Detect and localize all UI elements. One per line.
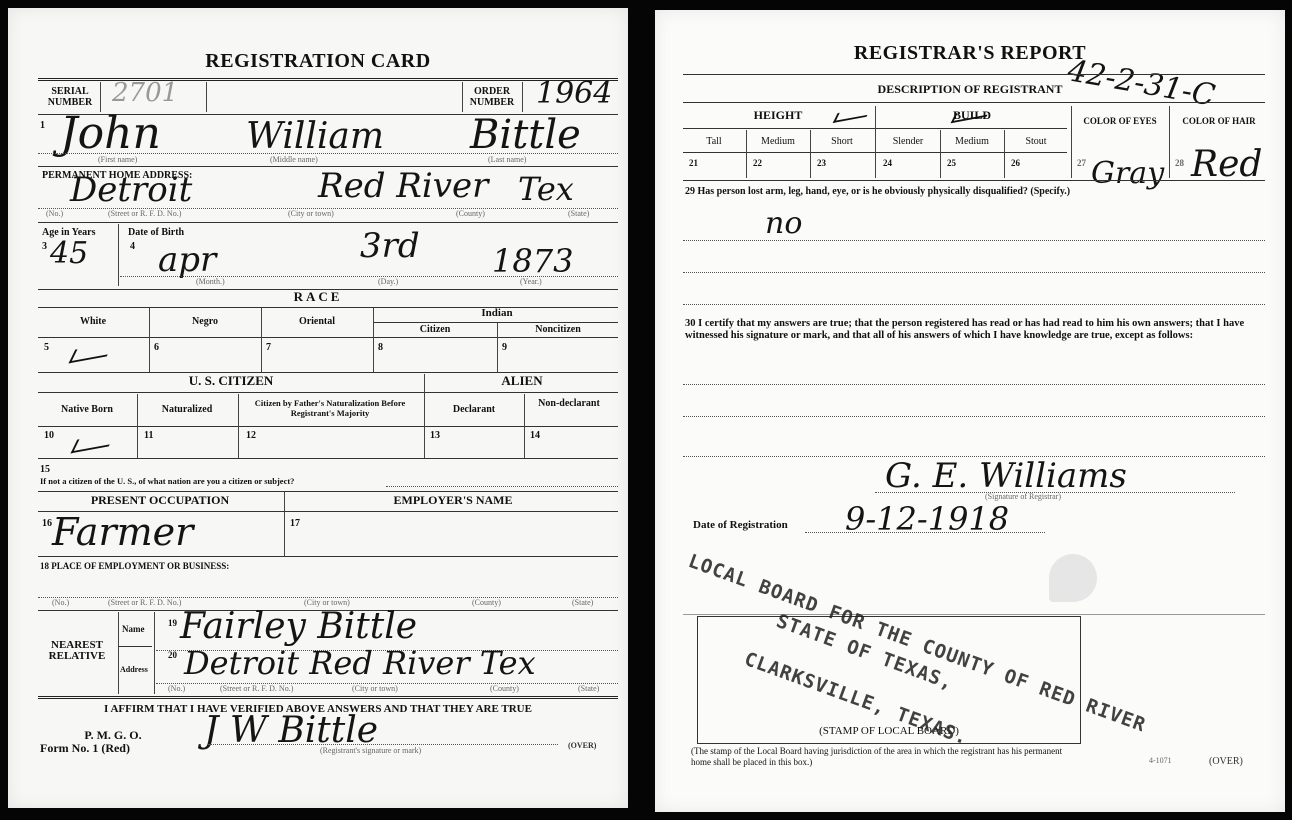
report-title: REGISTRAR'S REPORT <box>655 42 1285 65</box>
caption: (Street or R. F. D. No.) <box>108 209 181 218</box>
field-number: 16 <box>42 518 52 529</box>
nearest-relative-label: NEAREST RELATIVE <box>38 640 116 662</box>
field-number: 13 <box>430 430 440 441</box>
divider <box>683 384 1265 385</box>
field-number: 6 <box>154 342 159 353</box>
divider <box>810 130 811 178</box>
relative-name-value: Fairley Bittle <box>180 606 417 647</box>
race-white-label: White <box>38 316 148 327</box>
physical-disqualification-question: 29 Has person lost arm, leg, hand, eye, … <box>685 186 1265 197</box>
caption: (State) <box>578 684 599 693</box>
caption: (County) <box>490 684 519 693</box>
stamp-box-caption: (STAMP OF LOCAL BOARD) <box>697 726 1081 737</box>
over-label: (OVER) <box>568 741 596 750</box>
divider <box>374 322 618 323</box>
field-number: 8 <box>378 342 383 353</box>
birth-date-label: Date of Birth <box>128 227 184 238</box>
height-tall-label: Tall <box>683 136 745 147</box>
home-address-county: Red River <box>318 166 488 206</box>
divider <box>38 491 618 492</box>
field-number: 7 <box>266 342 271 353</box>
caption: (Middle name) <box>270 155 318 164</box>
divider <box>497 323 498 372</box>
divider <box>238 394 239 458</box>
divider <box>38 696 618 699</box>
field-number: 21 <box>689 158 698 168</box>
field-number: 11 <box>144 430 153 441</box>
field-number: 3 <box>42 241 47 252</box>
divider <box>154 612 155 694</box>
divider <box>940 130 941 178</box>
field-number: 26 <box>1011 158 1020 168</box>
citizen-by-father-label: Citizen by Father's Naturalization Befor… <box>240 398 420 418</box>
divider <box>683 304 1265 305</box>
leaf-watermark-icon <box>1049 554 1097 602</box>
caption: (County) <box>472 598 501 607</box>
caption: (First name) <box>98 155 137 164</box>
indian-heading: Indian <box>374 308 620 319</box>
divider <box>206 82 207 112</box>
divider <box>373 308 374 372</box>
divider <box>118 612 119 694</box>
caption: (City or town) <box>288 209 334 218</box>
non-declarant-label: Non-declarant <box>536 398 602 409</box>
divider <box>683 74 1265 75</box>
divider <box>805 532 1045 533</box>
divider <box>683 416 1265 417</box>
relative-name-label: Name <box>122 624 145 635</box>
physical-disqualification-answer: no <box>765 206 802 241</box>
divider <box>284 492 285 556</box>
stamp-instruction-text: (The stamp of the Local Board having jur… <box>691 746 1081 768</box>
caption: (Last name) <box>488 155 526 164</box>
divider <box>38 337 618 338</box>
field-number: 10 <box>44 430 54 441</box>
registrars-report: REGISTRAR'S REPORT 42-2-31-C DESCRIPTION… <box>655 10 1285 812</box>
age-value: 45 <box>50 236 88 271</box>
us-citizen-heading: U. S. CITIZEN <box>38 375 424 386</box>
nationality-question: If not a citizen of the U. S., of what n… <box>40 476 294 487</box>
form-code: 4-1071 <box>1149 756 1172 765</box>
form-id-line2: Form No. 1 (Red) <box>40 743 130 754</box>
divider <box>118 224 119 286</box>
checkmark-native-born <box>71 433 116 454</box>
caption: (State) <box>572 598 593 607</box>
height-short-label: Short <box>811 136 873 147</box>
caption: (State) <box>568 209 589 218</box>
caption: (No.) <box>168 684 185 693</box>
divider <box>386 486 618 487</box>
divider <box>1071 106 1072 178</box>
birth-year: 1873 <box>492 242 573 280</box>
divider <box>1004 130 1005 178</box>
build-medium-label: Medium <box>941 136 1003 147</box>
field-number: 12 <box>246 430 256 441</box>
divider <box>261 308 262 372</box>
registration-date-label: Date of Registration <box>693 520 788 531</box>
divider <box>38 153 618 154</box>
serial-number-value: 2701 <box>112 78 178 108</box>
height-medium-label: Medium <box>747 136 809 147</box>
divider <box>38 556 618 557</box>
home-address-state: Tex <box>518 170 574 208</box>
divider <box>462 82 463 112</box>
race-heading: RACE <box>8 291 628 302</box>
race-negro-label: Negro <box>150 316 260 327</box>
caption: (County) <box>456 209 485 218</box>
caption: (Month.) <box>196 277 225 286</box>
divider <box>522 82 523 112</box>
report-subtitle: DESCRIPTION OF REGISTRANT <box>655 84 1285 95</box>
field-number: 1 <box>40 120 45 131</box>
relative-address-label: Address <box>120 664 148 675</box>
divider <box>683 102 1265 103</box>
caption: (No.) <box>46 209 63 218</box>
registrar-signature: G. E. Williams <box>885 456 1127 496</box>
field-number: 17 <box>290 518 300 529</box>
build-stout-label: Stout <box>1005 136 1067 147</box>
field-number: 9 <box>502 342 507 353</box>
divider <box>875 106 876 178</box>
caption: (No.) <box>52 598 69 607</box>
race-indian-noncitizen-label: Noncitizen <box>498 324 618 335</box>
caption: (Street or R. F. D. No.) <box>220 684 293 693</box>
field-number: 22 <box>753 158 762 168</box>
over-label: (OVER) <box>1209 756 1243 767</box>
divider <box>38 392 618 393</box>
divider <box>137 394 138 458</box>
race-indian-citizen-label: Citizen <box>374 324 496 335</box>
divider <box>208 744 558 745</box>
occupation-value: Farmer <box>52 510 193 554</box>
hair-color-label: COLOR OF HAIR <box>1173 116 1265 127</box>
field-number: 23 <box>817 158 826 168</box>
hair-color-value: Red <box>1191 144 1262 185</box>
card-title: REGISTRATION CARD <box>8 50 628 73</box>
divider <box>683 614 1265 615</box>
caption: (Year.) <box>520 277 542 286</box>
field-number: 15 <box>40 464 50 475</box>
divider <box>149 308 150 372</box>
build-slender-label: Slender <box>877 136 939 147</box>
field-number: 24 <box>883 158 892 168</box>
relative-address-value: Detroit Red River Tex <box>184 644 536 682</box>
order-number-label: ORDER NUMBER <box>464 86 520 108</box>
caption: (City or town) <box>352 684 398 693</box>
alien-heading: ALIEN <box>426 375 618 386</box>
divider <box>683 272 1265 273</box>
occupation-heading: PRESENT OCCUPATION <box>38 495 282 506</box>
divider <box>683 180 1265 181</box>
field-number: 27 <box>1077 158 1086 168</box>
birth-day: 3rd <box>360 226 420 266</box>
birth-month: apr <box>158 240 216 280</box>
divider <box>1169 106 1170 178</box>
divider <box>118 646 152 647</box>
registrar-certification-text: 30 I certify that my answers are true; t… <box>685 318 1265 342</box>
declarant-label: Declarant <box>426 404 522 415</box>
field-number: 28 <box>1175 158 1184 168</box>
race-oriental-label: Oriental <box>262 316 372 327</box>
divider <box>424 374 425 458</box>
naturalized-label: Naturalized <box>138 404 236 415</box>
first-name: John <box>60 108 161 159</box>
divider <box>746 130 747 178</box>
native-born-label: Native Born <box>38 404 136 415</box>
serial-number-label: SERIAL NUMBER <box>42 86 98 108</box>
caption: (Street or R. F. D. No.) <box>108 598 181 607</box>
registration-card-front: REGISTRATION CARD SERIAL NUMBER 2701 ORD… <box>8 8 628 808</box>
divider <box>38 426 618 427</box>
field-number: 20 <box>168 650 177 660</box>
field-number: 14 <box>530 430 540 441</box>
caption: (Day.) <box>378 277 398 286</box>
home-address-city: Detroit <box>70 170 192 210</box>
middle-name: William <box>246 116 384 157</box>
divider <box>683 240 1265 241</box>
field-number: 4 <box>130 241 135 252</box>
last-name: Bittle <box>470 112 581 158</box>
field-number: 25 <box>947 158 956 168</box>
place-of-employment-label: 18 PLACE OF EMPLOYMENT OR BUSINESS: <box>40 561 229 572</box>
divider <box>38 458 618 459</box>
divider <box>38 222 618 223</box>
employer-heading: EMPLOYER'S NAME <box>288 495 618 506</box>
field-number: 19 <box>168 618 177 628</box>
form-id-line1: P. M. G. O. <box>38 730 188 741</box>
checkmark-white <box>69 343 114 364</box>
order-number-value: 1964 <box>536 76 612 111</box>
caption: (Registrant's signature or mark) <box>320 746 421 755</box>
eye-color-label: COLOR OF EYES <box>1075 116 1165 127</box>
divider <box>524 394 525 458</box>
divider <box>120 276 618 277</box>
field-number: 5 <box>44 342 49 353</box>
